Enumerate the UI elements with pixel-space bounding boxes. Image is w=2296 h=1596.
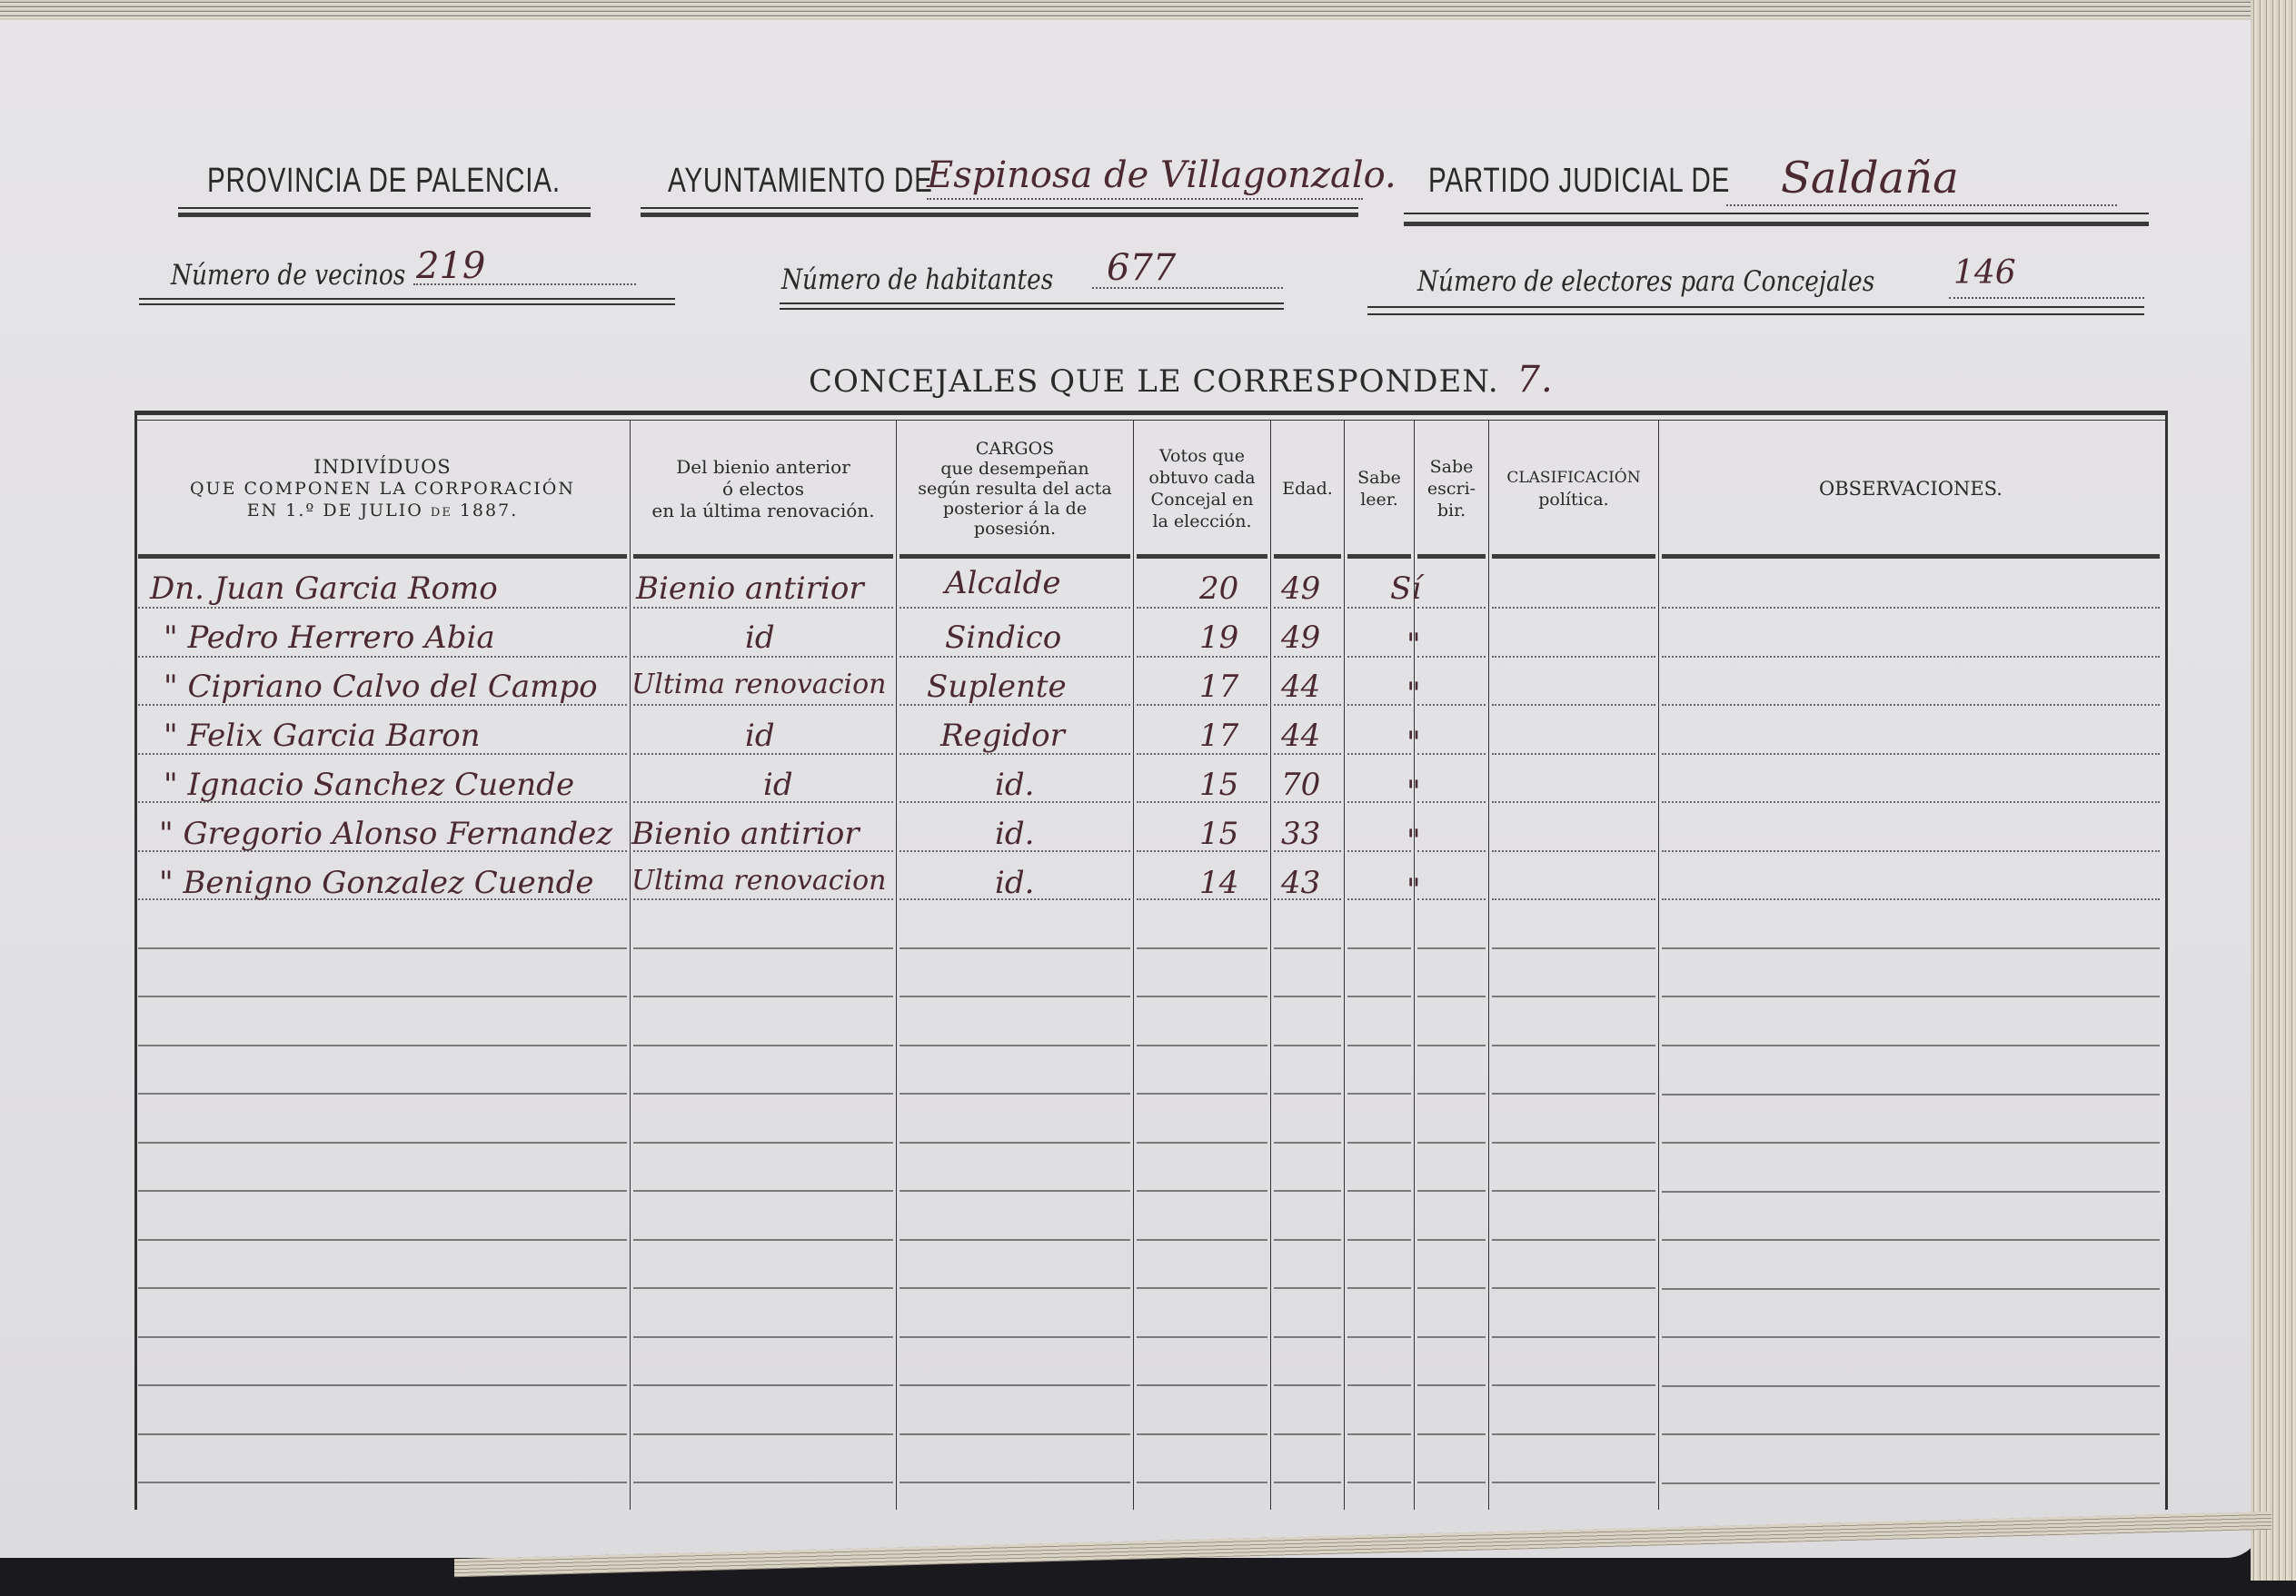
row-rule [1137, 607, 1267, 609]
column-divider [1133, 420, 1134, 1510]
row-rule [900, 1384, 1130, 1386]
row-rule [1347, 996, 1411, 997]
cell-sabe: " [1406, 774, 1421, 810]
row-rule [1137, 1093, 1267, 1095]
row-rule [1347, 753, 1411, 755]
column-header-sabe-escribir: Sabe escri- bir. [1416, 425, 1487, 552]
section-title-text: CONCEJALES QUE LE CORRESPONDEN. [809, 363, 1499, 400]
column-header-edad: Edad. [1272, 425, 1343, 552]
divider [780, 308, 1284, 310]
divider [139, 298, 675, 300]
header-line: bir. [1437, 500, 1466, 521]
row-rule [1137, 947, 1267, 949]
header-line: Sabe [1430, 456, 1474, 478]
row-rule [1662, 704, 2160, 706]
row-rule [633, 996, 893, 997]
row-rule [1347, 1093, 1411, 1095]
row-rule [1417, 1142, 1486, 1144]
row-rule [138, 1287, 627, 1289]
divider [641, 207, 1358, 209]
row-rule [1347, 1287, 1411, 1289]
row-rule [900, 947, 1130, 949]
fill-line [413, 283, 636, 285]
header-line: obtuvo cada [1148, 467, 1255, 489]
book-page-edges [2251, 0, 2296, 1581]
cell-votos: 17 [1199, 669, 1238, 705]
row-rule [1492, 1142, 1655, 1144]
table-top-border [134, 411, 2165, 415]
row-rule [138, 1239, 627, 1241]
row-rule [1347, 1045, 1411, 1046]
row-rule [1137, 1190, 1267, 1192]
header-line: EN 1.º DE JULIO de 1887. [247, 500, 519, 521]
header-bottom-rule [138, 554, 627, 559]
row-rule [1347, 1336, 1411, 1338]
row-rule [138, 996, 627, 997]
cell-cargo: id. [995, 865, 1034, 901]
cell-cargo: id. [995, 767, 1034, 803]
column-divider [1488, 420, 1489, 1510]
cell-cargo: Sindico [945, 620, 1061, 656]
row-rule [1492, 898, 1655, 900]
cell-bienio: id [745, 620, 775, 656]
cell-nombre: " Ignacio Sanchez Cuende [164, 767, 574, 803]
row-rule [138, 1433, 627, 1435]
fill-line [1092, 287, 1283, 289]
cell-votos: 15 [1199, 767, 1238, 803]
cell-cargo: Alcalde [945, 565, 1061, 601]
column-divider [1658, 420, 1659, 1510]
cell-edad: 33 [1281, 816, 1320, 852]
row-rule [1417, 947, 1486, 949]
row-rule [633, 607, 893, 609]
header-line: posterior á la de [943, 499, 1087, 519]
row-rule [1274, 1482, 1341, 1483]
cell-nombre: " Pedro Herrero Abia [164, 620, 495, 656]
row-rule [1492, 801, 1655, 803]
row-rule [1492, 753, 1655, 755]
vecinos-label: Número de vecinos [171, 259, 405, 292]
row-rule [1347, 1190, 1411, 1192]
cell-sabe: " [1406, 823, 1421, 859]
header-line: escri- [1427, 478, 1476, 500]
row-rule [1492, 1239, 1655, 1241]
row-rule [1662, 850, 2160, 852]
row-rule [1417, 1384, 1486, 1386]
ayuntamiento-label: AYUNTAMIENTO DE [668, 162, 933, 201]
column-divider [630, 420, 631, 1510]
cell-votos: 20 [1199, 570, 1238, 607]
row-rule [138, 1142, 627, 1144]
row-rule [1492, 1482, 1655, 1483]
row-rule [1347, 947, 1411, 949]
cell-bienio: Ultima renovacion [631, 865, 887, 897]
row-rule [633, 898, 893, 900]
header-line: CLASIFICACIÓN [1506, 467, 1640, 489]
divider [641, 213, 1358, 217]
header-line: la elección. [1152, 511, 1251, 532]
row-rule [138, 1093, 627, 1095]
row-rule [633, 1336, 893, 1338]
header-bottom-rule [1492, 554, 1655, 559]
row-rule [1347, 704, 1411, 706]
row-rule [1662, 996, 2160, 997]
row-rule [138, 1482, 627, 1483]
cell-edad: 49 [1281, 620, 1320, 656]
header-line: Concejal en [1151, 489, 1254, 511]
provincia-label: PROVINCIA DE PALENCIA. [207, 162, 561, 201]
header-line: que desempeñan [940, 459, 1088, 479]
row-rule [1137, 1239, 1267, 1241]
row-rule [1662, 753, 2160, 755]
habitantes-label: Número de habitantes [781, 263, 1053, 296]
header-line: en la última renovación. [651, 500, 874, 521]
cell-votos: 19 [1199, 620, 1238, 656]
row-rule [633, 947, 893, 949]
header-bottom-rule [1137, 554, 1267, 559]
row-rule [1492, 656, 1655, 658]
fill-line [1949, 297, 2144, 299]
row-rule [1662, 1482, 2160, 1484]
cell-cargo: Suplente [927, 669, 1067, 705]
row-rule [1347, 1482, 1411, 1483]
header-line: OBSERVACIONES. [1819, 478, 2003, 500]
column-header-sabe-leer: Sabe leer. [1346, 425, 1413, 552]
habitantes-value: 677 [1107, 247, 1176, 289]
row-rule [138, 1336, 627, 1338]
partido-label: PARTIDO JUDICIAL DE [1428, 162, 1730, 201]
row-rule [1492, 1336, 1655, 1338]
cell-nombre: Dn. Juan Garcia Romo [150, 570, 498, 607]
row-rule [138, 1190, 627, 1192]
row-rule [900, 1239, 1130, 1241]
row-rule [1274, 1239, 1341, 1241]
cell-nombre: " Benigno Gonzalez Cuende [159, 865, 594, 901]
section-title: CONCEJALES QUE LE CORRESPONDEN. 7. [809, 359, 1554, 401]
row-rule [633, 1384, 893, 1386]
row-rule [1274, 1093, 1341, 1095]
row-rule [1492, 1093, 1655, 1095]
row-rule [1662, 1045, 2160, 1046]
header-line: CARGOS [976, 439, 1054, 459]
row-rule [633, 1142, 893, 1144]
row-rule [1347, 1239, 1411, 1241]
row-rule [900, 1287, 1130, 1289]
row-rule [1417, 1433, 1486, 1435]
row-rule [1492, 996, 1655, 997]
row-rule [1492, 1384, 1655, 1386]
row-rule [900, 1142, 1130, 1144]
row-rule [1347, 1384, 1411, 1386]
column-header-cargos: CARGOS que desempeñan según resulta del … [898, 425, 1132, 552]
cell-bienio: id [763, 767, 793, 803]
row-rule [1662, 656, 2160, 658]
electores-value: 146 [1953, 254, 2016, 292]
row-rule [1274, 947, 1341, 949]
header-line: política. [1538, 489, 1608, 511]
row-rule [1137, 1045, 1267, 1046]
row-rule [900, 1433, 1130, 1435]
cell-bienio: Bienio antirior [631, 816, 860, 852]
column-header-individuos: INDIVÍDUOS QUE COMPONEN LA CORPORACIÓN E… [138, 425, 627, 552]
header-line: según resulta del acta [918, 479, 1112, 499]
row-rule [1492, 850, 1655, 852]
header-bottom-rule [633, 554, 893, 559]
header-line: QUE COMPONEN LA CORPORACIÓN [190, 478, 575, 500]
row-rule [1417, 1190, 1486, 1192]
cell-votos: 17 [1199, 718, 1238, 754]
cell-votos: 14 [1199, 865, 1238, 901]
row-rule [1662, 898, 2160, 900]
header-line: Votos que [1159, 445, 1245, 467]
row-rule [1662, 1336, 2160, 1338]
row-rule [1492, 1045, 1655, 1046]
row-rule [1274, 1336, 1341, 1338]
cell-sabe: " [1406, 872, 1421, 908]
column-header-observaciones: OBSERVACIONES. [1660, 425, 2162, 552]
row-rule [1137, 1142, 1267, 1144]
row-rule [1274, 1045, 1341, 1046]
row-rule [1417, 996, 1486, 997]
header-bottom-rule [1417, 554, 1486, 559]
cell-edad: 44 [1281, 669, 1320, 705]
row-rule [1347, 850, 1411, 852]
row-rule [1347, 898, 1411, 900]
column-divider [896, 420, 897, 1510]
row-rule [1274, 996, 1341, 997]
cell-bienio: Ultima renovacion [631, 669, 887, 700]
header-line: INDIVÍDUOS [313, 456, 451, 478]
section-count: 7. [1517, 359, 1554, 401]
header-line: ó electos [722, 478, 804, 500]
partido-value: Saldaña [1781, 153, 1959, 203]
vecinos-value: 219 [416, 245, 485, 287]
row-rule [1492, 1190, 1655, 1192]
cell-sabe: " [1406, 627, 1421, 663]
divider [1404, 222, 2149, 226]
cell-bienio: id [745, 718, 775, 754]
row-rule [1662, 1239, 2160, 1241]
row-rule [1274, 1142, 1341, 1144]
book-top-edges [0, 0, 2296, 20]
cell-votos: 15 [1199, 816, 1238, 852]
row-rule [1274, 1287, 1341, 1289]
cell-edad: 44 [1281, 718, 1320, 754]
divider [178, 213, 591, 217]
row-rule [900, 1482, 1130, 1483]
cell-nombre: " Cipriano Calvo del Campo [164, 669, 598, 705]
row-rule [1347, 1142, 1411, 1144]
row-rule [1417, 898, 1486, 900]
row-rule [900, 1190, 1130, 1192]
row-rule [1137, 996, 1267, 997]
divider [1367, 306, 2144, 308]
header-bottom-rule [1662, 554, 2160, 559]
ayuntamiento-value: Espinosa de Villagonzalo. [927, 154, 1396, 196]
row-rule [633, 704, 893, 706]
row-rule [1662, 1385, 2160, 1387]
row-rule [1417, 1093, 1486, 1095]
row-rule [900, 996, 1130, 997]
row-rule [900, 1045, 1130, 1046]
fill-line [1726, 204, 2117, 206]
row-rule [1347, 656, 1411, 658]
header-line: leer. [1360, 489, 1398, 511]
row-rule [1492, 704, 1655, 706]
row-rule [1137, 1336, 1267, 1338]
row-rule [1137, 1384, 1267, 1386]
row-rule [1417, 704, 1486, 706]
row-rule [633, 1190, 893, 1192]
row-rule [1662, 1433, 2160, 1435]
row-rule [1347, 607, 1411, 609]
row-rule [1662, 1142, 2160, 1144]
header-line: Del bienio anterior [676, 456, 850, 478]
row-rule [1662, 1094, 2160, 1095]
row-rule [1662, 1288, 2160, 1290]
cell-sabe: " [1406, 676, 1421, 712]
row-rule [1417, 753, 1486, 755]
row-rule [1347, 1433, 1411, 1435]
row-rule [1417, 1482, 1486, 1483]
column-header-votos: Votos que obtuvo cada Concejal en la ele… [1135, 425, 1269, 552]
row-rule [1137, 1433, 1267, 1435]
header-line: Sabe [1357, 467, 1401, 489]
row-rule [1662, 801, 2160, 803]
row-rule [1417, 1336, 1486, 1338]
row-rule [900, 1093, 1130, 1095]
row-rule [633, 1433, 893, 1435]
header-line: Edad. [1282, 478, 1333, 500]
row-rule [1417, 1045, 1486, 1046]
row-rule [1417, 656, 1486, 658]
row-rule [1274, 1384, 1341, 1386]
electores-label: Número de electores para Concejales [1417, 265, 1874, 298]
row-rule [900, 607, 1130, 609]
row-rule [1662, 607, 2160, 609]
divider [1367, 313, 2144, 315]
row-rule [633, 1287, 893, 1289]
row-rule [1492, 1433, 1655, 1435]
cell-sabe: Sí [1390, 570, 1421, 607]
row-rule [633, 1482, 893, 1483]
divider [780, 302, 1284, 304]
header-line: posesión. [974, 519, 1056, 539]
divider [1404, 213, 2149, 214]
table-top-border-thin [134, 420, 2165, 421]
row-rule [633, 1045, 893, 1046]
row-rule [1662, 1191, 2160, 1193]
row-rule [1274, 607, 1341, 609]
cell-edad: 70 [1281, 767, 1320, 803]
cell-bienio: Bienio antirior [636, 570, 864, 607]
row-rule [138, 1045, 627, 1046]
row-rule [1347, 801, 1411, 803]
row-rule [138, 947, 627, 949]
row-rule [1417, 1239, 1486, 1241]
row-rule [1137, 1482, 1267, 1483]
row-rule [1417, 850, 1486, 852]
column-header-bienio: Del bienio anterior ó electos en la últi… [631, 425, 895, 552]
row-rule [138, 1384, 627, 1386]
header-bottom-rule [900, 554, 1130, 559]
header-bottom-rule [1274, 554, 1341, 559]
row-rule [900, 1336, 1130, 1338]
cell-edad: 43 [1281, 865, 1320, 901]
divider [178, 207, 591, 209]
row-rule [1417, 1287, 1486, 1289]
row-rule [1137, 1287, 1267, 1289]
cell-sabe: " [1406, 725, 1421, 761]
row-rule [1492, 607, 1655, 609]
cell-nombre: " Gregorio Alonso Fernandez [159, 816, 612, 852]
cell-nombre: " Felix Garcia Baron [164, 718, 481, 754]
row-rule [1417, 607, 1486, 609]
cell-cargo: id. [995, 816, 1034, 852]
column-divider [1344, 420, 1345, 1510]
cell-cargo: Regidor [940, 718, 1065, 754]
row-rule [633, 1239, 893, 1241]
row-rule [1274, 1190, 1341, 1192]
column-divider [1270, 420, 1271, 1510]
row-rule [633, 1093, 893, 1095]
divider [139, 303, 675, 305]
cell-edad: 49 [1281, 570, 1320, 607]
column-header-clasificacion: CLASIFICACIÓN política. [1490, 425, 1657, 552]
row-rule [1274, 1433, 1341, 1435]
row-rule [1417, 801, 1486, 803]
fill-line [927, 198, 1363, 200]
row-rule [138, 607, 627, 609]
row-rule [1492, 947, 1655, 949]
row-rule [1492, 1287, 1655, 1289]
row-rule [1662, 947, 2160, 949]
header-bottom-rule [1347, 554, 1411, 559]
